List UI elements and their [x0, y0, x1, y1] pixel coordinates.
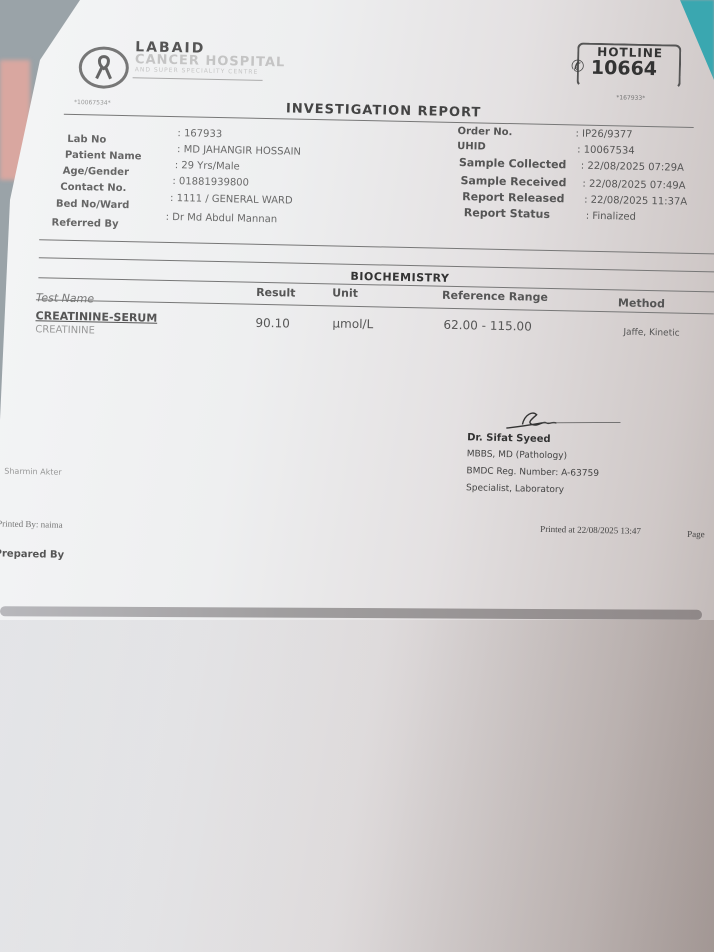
uhid-label: UHID: [457, 141, 486, 153]
referred-by-label: Referred By: [51, 218, 118, 230]
report-status-label: Report Status: [464, 206, 550, 221]
report-paper: LABAID CANCER HOSPITAL AND SUPER SPECIAL…: [0, 0, 714, 952]
order-no-value: : IP26/9377: [575, 128, 632, 140]
report-released-label: Report Released: [462, 190, 565, 205]
age-gender-value: : 29 Yrs/Male: [175, 160, 240, 172]
column-reference-range: Reference Range: [442, 289, 548, 304]
divider: [39, 239, 714, 254]
subtest-name: CREATININE: [35, 324, 95, 336]
page-label: Page: [687, 529, 705, 539]
technician-name: Sharmin Akter: [4, 467, 61, 477]
signatory-qualification: MBBS, MD (Pathology): [467, 449, 567, 461]
hotline-number: 10664: [591, 57, 658, 80]
signatory-title: Specialist, Laboratory: [466, 483, 564, 495]
sample-collected-value: : 22/08/2025 07:29A: [581, 161, 684, 174]
column-test-name: Test Name: [36, 291, 94, 305]
column-result: Result: [256, 286, 296, 300]
signatory-name: Dr. Sifat Syeed: [467, 432, 551, 445]
contact-value: : 01881939800: [172, 176, 249, 189]
age-gender-label: Age/Gender: [63, 166, 130, 178]
order-no-label: Order No.: [457, 126, 512, 138]
bed-ward-label: Bed No/Ward: [56, 199, 130, 212]
divider: [133, 77, 263, 81]
lab-barcode-text: *167933*: [616, 94, 645, 102]
lab-no-value: : 167933: [177, 128, 222, 140]
uhid-value: : 10067534: [577, 145, 635, 157]
sample-received-value: : 22/08/2025 07:49A: [582, 179, 685, 192]
phone-icon: ✆: [571, 56, 585, 75]
printed-at: Printed at 22/08/2025 13:47: [540, 524, 641, 536]
result-value: 90.10: [255, 316, 290, 331]
contact-label: Contact No.: [60, 182, 126, 194]
sample-received-label: Sample Received: [460, 174, 566, 189]
report-status-value: : Finalized: [586, 211, 636, 223]
signatory-registration: BMDC Reg. Number: A-63759: [466, 466, 599, 479]
section-title: BIOCHEMISTRY: [350, 270, 449, 285]
report-released-value: : 22/08/2025 11:37A: [584, 195, 687, 208]
lab-no-label: Lab No: [67, 134, 106, 146]
method: Jaffe, Kinetic: [623, 328, 679, 339]
sample-collected-label: Sample Collected: [459, 156, 567, 171]
bed-ward-value: : 1111 / GENERAL WARD: [170, 193, 293, 207]
cancer-ribbon-icon: [93, 54, 116, 80]
referred-by-value: : Dr Md Abdul Mannan: [166, 212, 278, 225]
patient-name-value: : MD JAHANGIR HOSSAIN: [177, 144, 301, 158]
test-name: CREATININE-SERUM: [35, 309, 157, 325]
patient-name-label: Patient Name: [65, 150, 142, 163]
prepared-by: Prepared By: [0, 548, 64, 560]
ribbon-logo-icon: [78, 46, 129, 89]
reference-range: 62.00 - 115.00: [443, 318, 532, 334]
hospital-tagline: AND SUPER SPECIALITY CENTRE: [135, 66, 259, 76]
report-title: INVESTIGATION REPORT: [286, 101, 482, 120]
column-unit: Unit: [332, 286, 358, 300]
column-method: Method: [618, 296, 665, 310]
signature-icon: [502, 408, 623, 437]
result-unit: µmol/L: [332, 316, 373, 331]
printed-by: Printed By: naima: [0, 518, 63, 529]
uhid-barcode-text: *10067534*: [74, 99, 111, 107]
report-content: LABAID CANCER HOSPITAL AND SUPER SPECIAL…: [0, 0, 714, 952]
